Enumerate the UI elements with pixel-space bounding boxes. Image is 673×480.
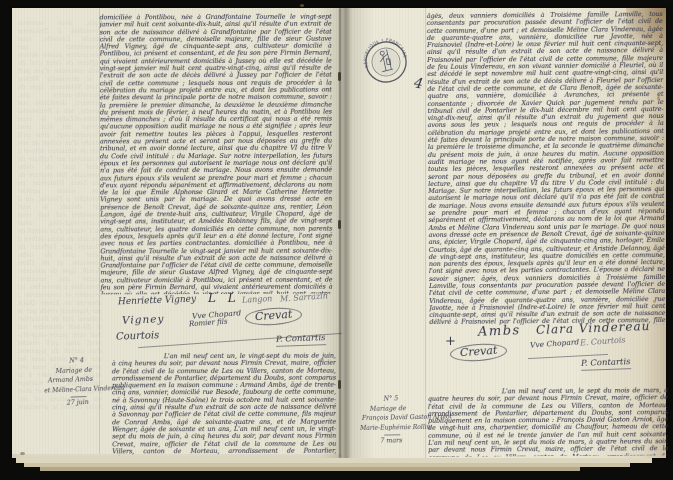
ink-bleedthrough: âgés, deux vanniers domiciliés à Troisiè… xyxy=(18,20,102,410)
page-edge-stack xyxy=(40,467,580,471)
binding-stitch xyxy=(338,72,341,81)
signature-cross-mark: + xyxy=(445,334,456,349)
foxing-spot xyxy=(653,300,656,303)
signature-ambs: Ambs xyxy=(478,323,521,339)
foxing-spot xyxy=(300,4,304,7)
scanned-register-spread: âgés, deux vanniers domiciliés à Troisiè… xyxy=(0,0,673,480)
right-page-act-body: âgés, deux vanniers domiciliés à Troisiè… xyxy=(427,11,666,327)
signature-contartis: P. Contartis xyxy=(276,333,326,347)
left-page-new-act-text: L'an mil neuf cent un, le vingt-sept du … xyxy=(112,353,336,456)
signature-vigney: Vigney xyxy=(122,313,165,326)
binding-stitch xyxy=(338,220,341,229)
binding-stitch xyxy=(338,380,341,389)
foxing-spot xyxy=(657,96,660,100)
signature-langon: Langon xyxy=(242,294,273,305)
right-margin-rule xyxy=(425,8,426,458)
signature-contartis-2: P. Contartis xyxy=(581,357,631,371)
signature-courtois: Courtois xyxy=(116,330,160,343)
foxing-spot xyxy=(648,418,652,421)
book-spread: âgés, deux vanniers domiciliés à Troisiè… xyxy=(12,8,666,458)
right-page-new-act-text: L'an mil neuf cent un, le sept du mois d… xyxy=(428,387,668,457)
signature-paraphe: L L xyxy=(208,291,240,305)
left-page-act-body: domiciliée à Pontlibou, née à Grandfonta… xyxy=(100,14,333,295)
foxing-spot xyxy=(20,452,25,455)
